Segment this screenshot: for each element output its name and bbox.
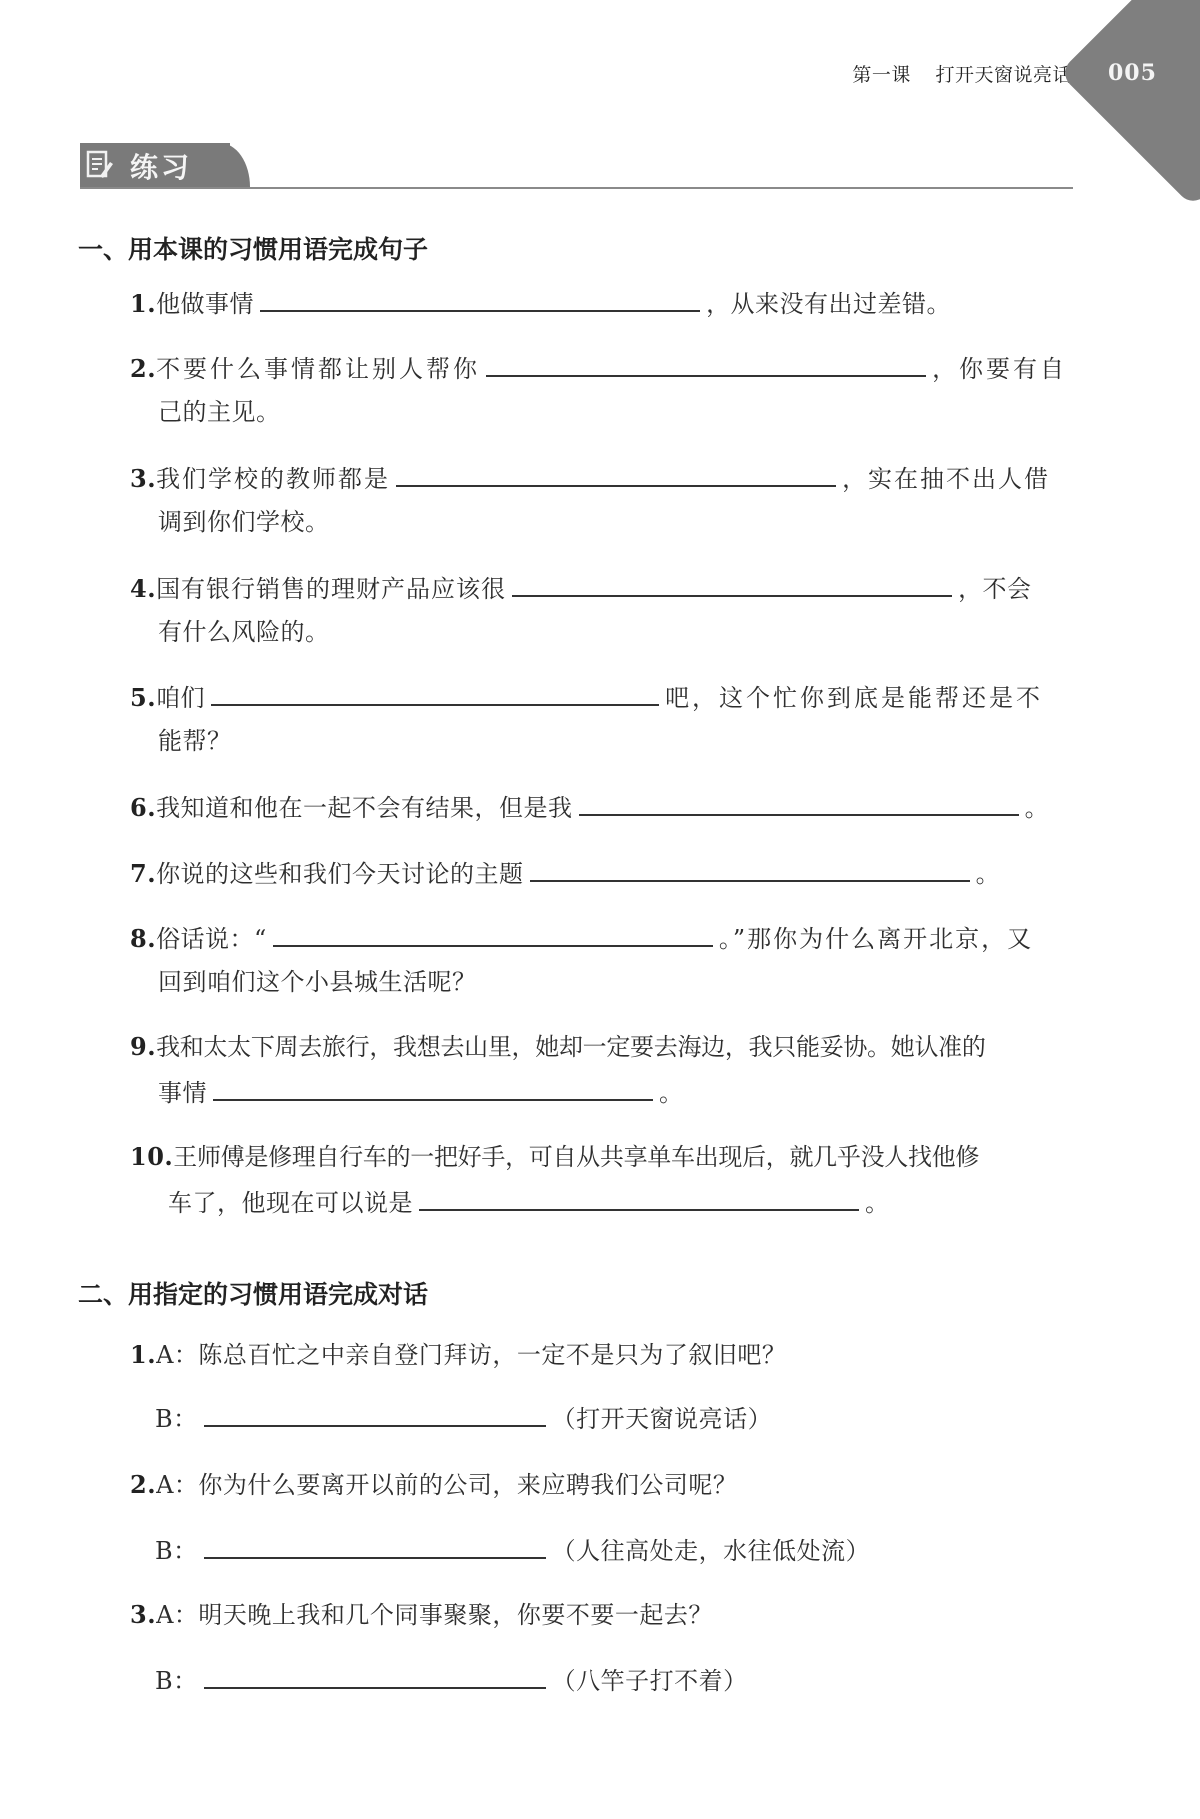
answer-blank[interactable] — [396, 463, 836, 487]
dialog-1-a: 1.A：陈总百忙之中亲自登门拜访，一定不是只为了叙旧吧？ — [130, 1340, 786, 1370]
running-head: 第一课 打开天窗说亮话 — [852, 60, 1072, 87]
practice-divider — [80, 187, 1073, 189]
dialog-3-b: B：（八竿子打不着） — [155, 1665, 748, 1696]
dialog-1-b: B：（打开天窗说亮话） — [155, 1403, 772, 1434]
sentence-item-8: 8.俗话说：“。”那你为什么离开北京，又 — [130, 923, 1033, 954]
answer-blank[interactable] — [273, 923, 713, 947]
answer-blank[interactable] — [486, 353, 926, 377]
sentence-item-9: 9.我和太太下周去旅行，我想去山里，她却一定要去海边，我只能妥协。她认准的 — [130, 1032, 986, 1062]
sentence-item-5: 5.咱们吧，这个忙你到底是能帮还是不 — [130, 682, 1043, 713]
section2-title: 二、用指定的习惯用语完成对话 — [78, 1275, 428, 1311]
answer-blank[interactable] — [211, 682, 659, 706]
sentence-item-5-cont: 能帮？ — [158, 726, 232, 756]
practice-title: 练习 — [130, 146, 192, 186]
sentence-item-10-cont: 车了，他现在可以说是。 — [168, 1187, 890, 1218]
answer-blank[interactable] — [204, 1665, 546, 1689]
sentence-item-4: 4.国有银行销售的理财产品应该很，不会 — [130, 573, 1032, 604]
answer-blank[interactable] — [204, 1535, 546, 1559]
edit-document-icon — [86, 150, 114, 180]
dialog-2-b: B：（人往高处走，水往低处流） — [155, 1535, 870, 1566]
section1-title: 一、用本课的习惯用语完成句子 — [78, 230, 428, 266]
practice-tab-curve — [220, 143, 250, 187]
sentence-item-6: 6.我知道和他在一起不会有结果，但是我。 — [130, 792, 1049, 823]
sentence-item-3: 3.我们学校的教师都是，实在抽不出人借 — [130, 463, 1050, 494]
sentence-item-4-cont: 有什么风险的。 — [158, 617, 330, 647]
answer-blank[interactable] — [579, 792, 1019, 816]
sentence-item-1: 1.他做事情，从来没有出过差错。 — [130, 288, 951, 319]
sentence-item-2-cont: 己的主见。 — [158, 397, 281, 427]
sentence-item-2: 2.不要什么事情都让别人帮你，你要有自 — [130, 353, 1067, 384]
answer-blank[interactable] — [213, 1077, 653, 1101]
dialog-3-a: 3.A：明天晚上我和几个同事聚聚，你要不要一起去？ — [130, 1600, 713, 1630]
page-number-badge — [1059, 0, 1200, 207]
lesson-title: 打开天窗说亮话 — [935, 64, 1072, 86]
dialog-2-a: 2.A：你为什么要离开以前的公司，来应聘我们公司呢？ — [130, 1470, 737, 1500]
answer-blank[interactable] — [419, 1187, 859, 1211]
sentence-item-3-cont: 调到你们学校。 — [158, 507, 330, 537]
sentence-item-8-cont: 回到咱们这个小县城生活呢？ — [158, 967, 477, 997]
answer-blank[interactable] — [512, 573, 952, 597]
answer-blank[interactable] — [204, 1403, 546, 1427]
sentence-item-10: 10.王师傅是修理自行车的一把好手，可自从共享单车出现后，就几乎没人找他修 — [130, 1142, 979, 1172]
answer-blank[interactable] — [530, 858, 970, 882]
answer-blank[interactable] — [260, 288, 700, 312]
sentence-item-9-cont: 事情。 — [158, 1077, 684, 1108]
page-number: 005 — [1108, 60, 1157, 86]
lesson-number: 第一课 — [852, 64, 911, 86]
sentence-item-7: 7.你说的这些和我们今天讨论的主题。 — [130, 858, 1000, 889]
